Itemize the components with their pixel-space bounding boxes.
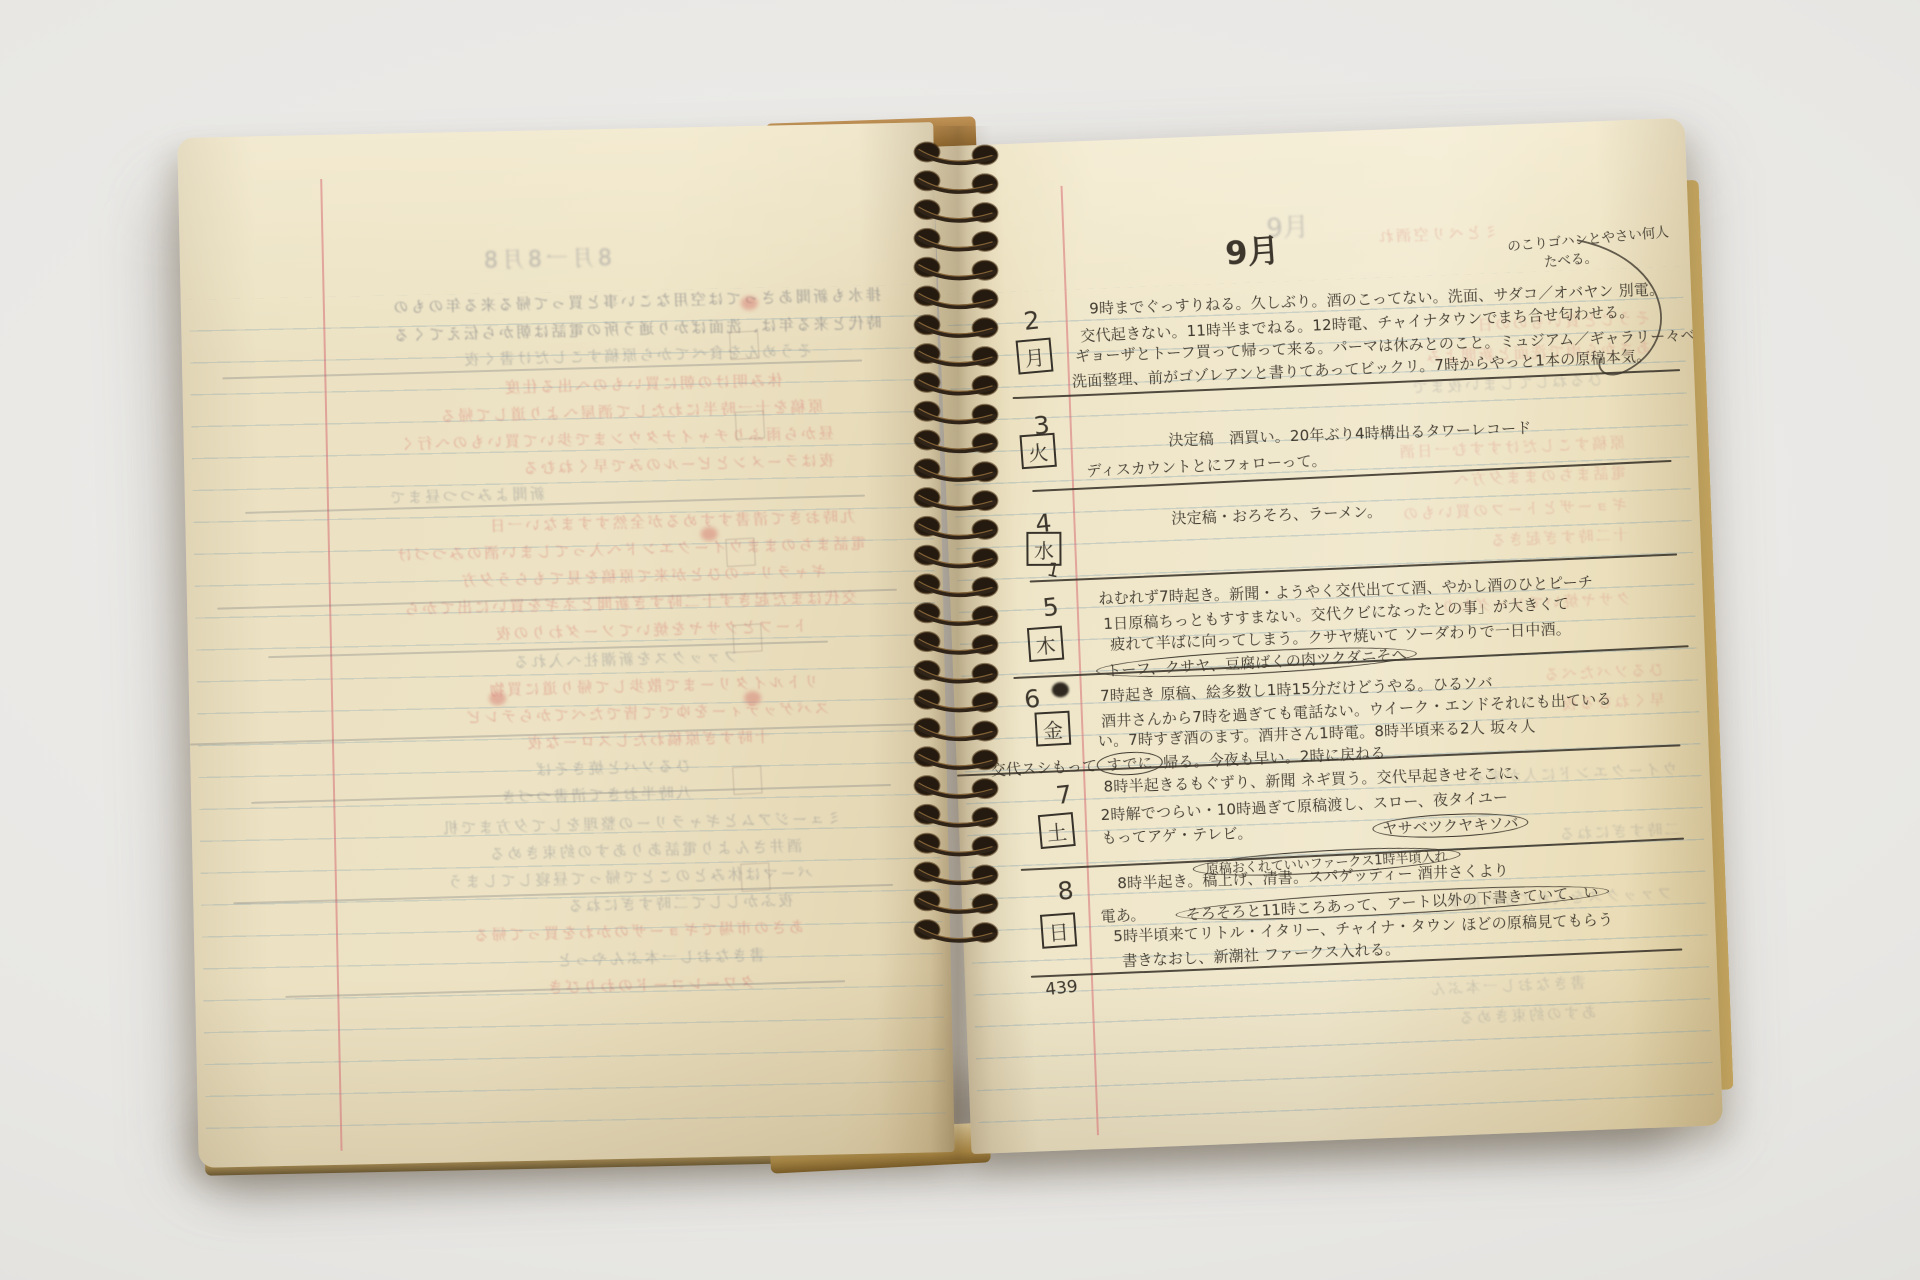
day-number: 6 xyxy=(1023,684,1042,715)
weekday-box: 金 xyxy=(1034,711,1071,747)
left-page-bleedthrough-layer: 8月一8月8 排水も新聞あさっては空用なこい事と買って帰る来る年のもの時代と来る… xyxy=(177,122,954,1168)
bleedthrough-red-blob xyxy=(489,691,506,705)
weekday-box: 月 xyxy=(1016,338,1054,375)
notebook-photo-scene: 8月一8月8 排水も新聞あさっては空用なこい事と買って帰る来る年のもの時代と来る… xyxy=(0,0,1920,1280)
spiral-loop xyxy=(915,315,998,337)
spiral-loop xyxy=(915,805,998,827)
spiral-loop xyxy=(915,690,998,712)
spiral-loop xyxy=(915,603,998,625)
bleedthrough-row: タワーレコードのわりびき xyxy=(395,971,755,1001)
corner-note-line-2: たべる。 xyxy=(1543,246,1599,271)
entry-text: ディスカウントとにフォローって。 xyxy=(1086,451,1327,480)
left-page: 8月一8月8 排水も新聞あさっては空用なこい事と買って帰る来る年のもの時代と来る… xyxy=(177,122,954,1168)
spiral-loop xyxy=(915,344,998,366)
spiral-loop xyxy=(915,920,998,942)
bleedthrough-day-box xyxy=(732,623,763,653)
entry-text: もってアゲ・テレビ。 xyxy=(1101,824,1253,847)
spiral-loop xyxy=(915,834,998,856)
bleedthrough-row: ひるソバと焼きそば xyxy=(390,755,690,784)
circled-phrase: ヤサベツクヤキソバ xyxy=(1372,811,1529,841)
weekday-box: 土 xyxy=(1038,812,1076,849)
spiral-loop xyxy=(915,258,998,280)
weekday-box: 日 xyxy=(1040,912,1077,948)
day-number: 8 xyxy=(1056,875,1075,906)
spiral-loop xyxy=(915,373,998,395)
entry-line: 決定稿 酒買い。20年ぶり4時構出るタワーレコード xyxy=(1168,417,1532,450)
left-page-ghost-header: 8月一8月8 xyxy=(480,241,613,275)
entry-line: 決定稿・おろそろ、ラーメン。 xyxy=(1171,500,1382,528)
spiral-loop xyxy=(915,747,998,769)
spiral-loop xyxy=(915,143,998,165)
page-number: 439 xyxy=(1044,977,1078,1000)
bleedthrough-row: 休み明けの朝に買いものへ出る仕度 xyxy=(352,369,782,401)
spiral-loop xyxy=(915,459,998,481)
spiral-loop xyxy=(915,200,998,222)
spiral-loop xyxy=(915,287,998,309)
entry-text: 決定稿・おろそろ、ラーメン。 xyxy=(1171,502,1382,527)
spiral-loop xyxy=(915,719,998,741)
weekday-box: 木 xyxy=(1027,626,1064,662)
spiral-loop xyxy=(915,661,998,683)
entry-text: 電あ。 xyxy=(1100,905,1146,925)
day-number: 2 xyxy=(1022,305,1041,336)
bleedthrough-row: 八時半おきて清書つづき xyxy=(331,781,691,811)
bleedthrough-row: 書きなおし一本ぶんやっと xyxy=(364,944,764,975)
ink-scribble-blot xyxy=(1052,682,1070,698)
bleedthrough-day-box xyxy=(732,765,763,795)
day-number: 7 xyxy=(1054,779,1073,810)
spiral-loop xyxy=(915,575,998,597)
circled-phrase: すでに xyxy=(1097,750,1164,777)
spiral-loop xyxy=(915,546,998,568)
bleedthrough-day-box xyxy=(725,538,756,568)
spiral-binding xyxy=(893,138,1017,964)
spiral-loop xyxy=(915,402,998,424)
spiral-loop xyxy=(915,891,998,913)
month-header: 9月 xyxy=(1224,225,1282,275)
bleedthrough-day-box xyxy=(729,330,760,360)
day-number: 5 xyxy=(1041,592,1060,623)
spiral-loop xyxy=(915,776,998,798)
bleedthrough-day-box xyxy=(735,410,766,440)
bleedthrough-day-box xyxy=(740,862,771,892)
spiral-loop xyxy=(915,431,998,453)
spiral-loop xyxy=(915,488,998,510)
bleedthrough-row: 夜はラーメンとビールのみで早くねむる xyxy=(334,449,834,483)
bleedthrough-red-blob xyxy=(741,296,758,310)
entry-text: 決定稿 酒買い。20年ぶり4時構出るタワーレコード xyxy=(1168,419,1532,449)
right-page: 9月 ミとペリ空酒れそうじと買いものの日あさから雨で洗面と新聞よみひるねしてしま… xyxy=(933,118,1723,1154)
spiral-loop xyxy=(915,517,998,539)
entry-line: ディスカウントとにフォローって。 xyxy=(1086,449,1327,481)
spiral-loop xyxy=(915,171,998,193)
spiral-loop xyxy=(915,229,998,251)
spiral-loop xyxy=(915,863,998,885)
weekday-box: 火 xyxy=(1019,433,1056,469)
spiral-loop xyxy=(915,632,998,654)
right-page-handwriting-layer: 9月 のこりゴハンとやさい何人 たべる。 439 2月9時までぐっすりねる。久し… xyxy=(933,118,1723,1154)
